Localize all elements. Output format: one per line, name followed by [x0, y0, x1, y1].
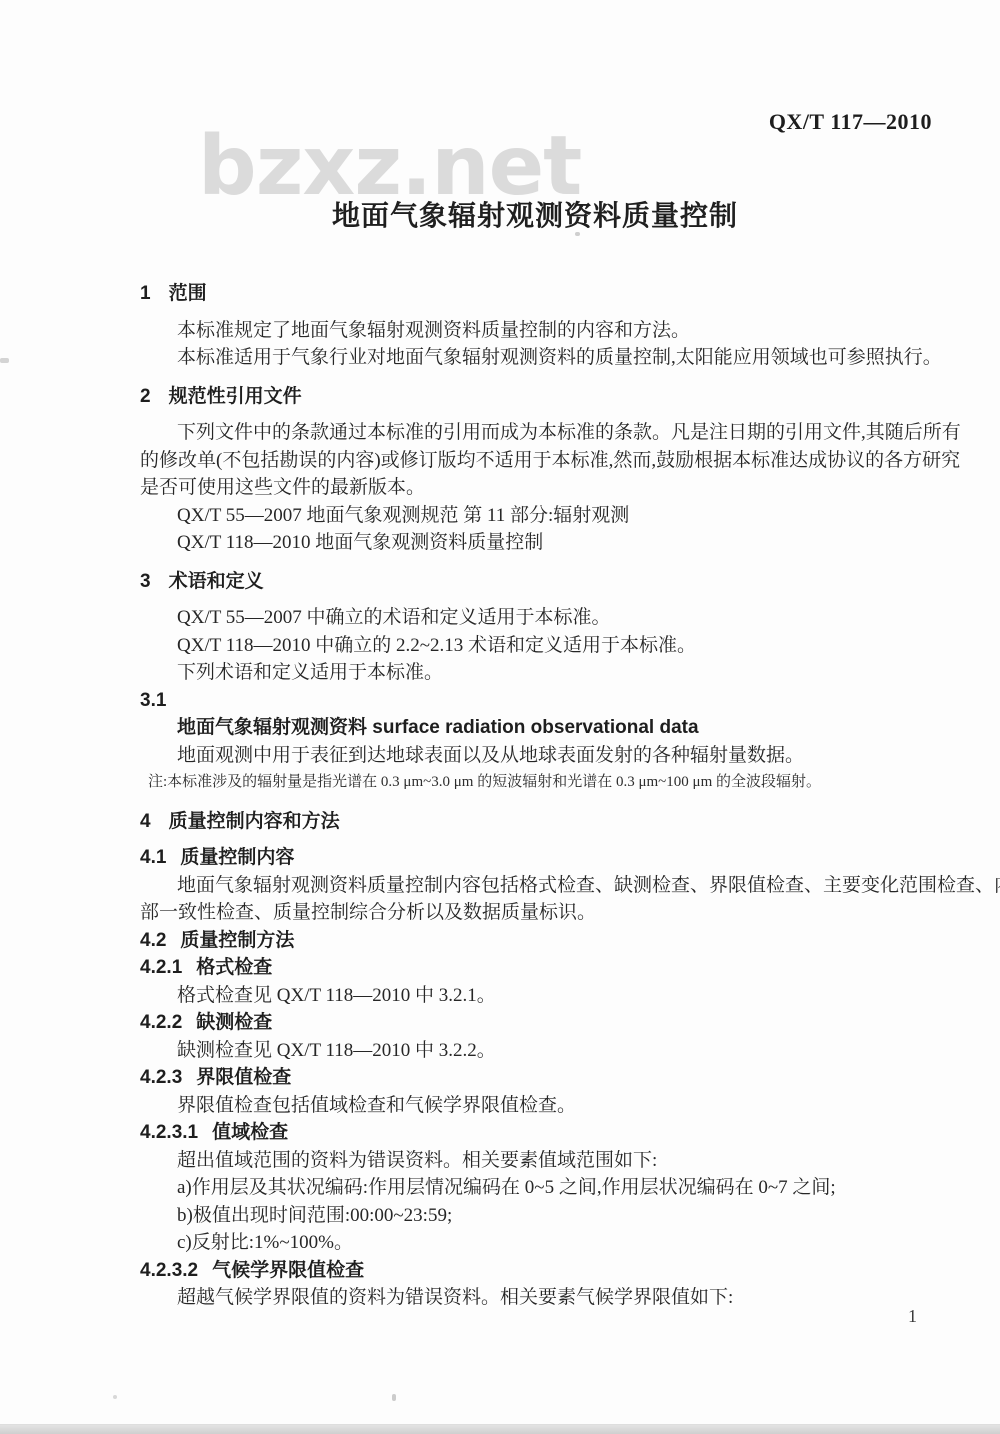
section-3-title: 术语和定义: [169, 571, 264, 592]
scan-artifact: [392, 1394, 396, 1401]
section-1-paragraph-1: 本标准规定了地面气象辐射观测资料质量控制的内容和方法。: [140, 317, 980, 345]
normative-reference-2: QX/T 118—2010 地面气象观测资料质量控制: [140, 529, 980, 557]
section-4-2-1-heading: 4.2.1格式检查: [140, 954, 980, 982]
scan-page-edge: [0, 1424, 1000, 1434]
section-4-number: 4: [140, 811, 151, 832]
page-number: 1: [908, 1306, 917, 1327]
scan-artifact: [0, 358, 9, 363]
section-2-number: 2: [140, 386, 151, 407]
scan-artifact: [113, 1395, 117, 1399]
section-3-paragraph-2: QX/T 118—2010 中确立的 2.2~2.13 术语和定义适用于本标准。: [140, 632, 980, 660]
section-2-title: 规范性引用文件: [169, 386, 302, 407]
section-4-1-paragraph-line-1: 地面气象辐射观测资料质量控制内容包括格式检查、缺测检查、界限值检查、主要变化范围…: [140, 872, 980, 900]
section-4-2-3-1-number: 4.2.3.1: [140, 1122, 198, 1143]
section-1-number: 1: [140, 283, 151, 304]
section-4-2-3-2-number: 4.2.3.2: [140, 1260, 198, 1281]
section-4-2-3-2-paragraph: 超越气候学界限值的资料为错误资料。相关要素气候学界限值如下:: [140, 1284, 980, 1312]
section-1-paragraph-2: 本标准适用于气象行业对地面气象辐射观测资料的质量控制,太阳能应用领域也可参照执行…: [140, 344, 980, 372]
section-2-heading: 2规范性引用文件: [140, 383, 980, 411]
section-4-2-2-paragraph: 缺测检查见 QX/T 118—2010 中 3.2.2。: [140, 1037, 980, 1065]
term-entry-title: 地面气象辐射观测资料 surface radiation observation…: [140, 714, 980, 742]
standard-number: QX/T 117—2010: [769, 109, 932, 135]
section-4-2-3-title: 界限值检查: [196, 1067, 291, 1088]
section-2-paragraph-line-2: 的修改单(不包括勘误的内容)或修订版均不适用于本标准,然而,鼓励根据本标准达成协…: [140, 447, 980, 475]
section-3-paragraph-3: 下列术语和定义适用于本标准。: [140, 659, 980, 687]
term-note: 注:本标准涉及的辐射量是指光谱在 0.3 μm~3.0 μm 的短波辐射和光谱在…: [140, 769, 980, 797]
section-4-2-3-1-paragraph: 超出值域范围的资料为错误资料。相关要素值域范围如下:: [140, 1147, 980, 1175]
section-4-1-paragraph-line-2: 部一致性检查、质量控制综合分析以及数据质量标识。: [140, 899, 980, 927]
list-item-a: a)作用层及其状况编码:作用层情况编码在 0~5 之间,作用层状况编码在 0~7…: [140, 1174, 980, 1202]
section-4-2-2-title: 缺测检查: [196, 1012, 272, 1033]
section-4-2-3-1-heading: 4.2.3.1值域检查: [140, 1119, 980, 1147]
document-title: 地面气象辐射观测资料质量控制: [140, 194, 930, 234]
scanned-document-page: QX/T 117—2010 bzxz.net 地面气象辐射观测资料质量控制 1范…: [0, 0, 1000, 1434]
section-4-1-title: 质量控制内容: [180, 847, 294, 868]
list-item-c: c)反射比:1%~100%。: [140, 1229, 980, 1257]
section-4-heading: 4质量控制内容和方法: [140, 808, 980, 836]
section-4-2-title: 质量控制方法: [180, 930, 294, 951]
section-4-2-2-heading: 4.2.2缺测检查: [140, 1009, 980, 1037]
section-4-title: 质量控制内容和方法: [169, 811, 340, 832]
section-4-2-3-2-title: 气候学界限值检查: [212, 1260, 364, 1281]
term-definition: 地面观测中用于表征到达地球表面以及从地球表面发射的各种辐射量数据。: [140, 742, 980, 770]
section-4-2-number: 4.2: [140, 930, 166, 951]
scan-artifact: [575, 232, 580, 236]
section-4-1-heading: 4.1质量控制内容: [140, 844, 980, 872]
section-4-2-2-number: 4.2.2: [140, 1012, 182, 1033]
section-2-paragraph-line-3: 是否可使用这些文件的最新版本。: [140, 474, 980, 502]
section-4-2-1-paragraph: 格式检查见 QX/T 118—2010 中 3.2.1。: [140, 982, 980, 1010]
section-4-2-3-number: 4.2.3: [140, 1067, 182, 1088]
section-4-2-heading: 4.2质量控制方法: [140, 927, 980, 955]
section-4-1-number: 4.1: [140, 847, 166, 868]
section-4-2-3-1-title: 值域检查: [212, 1122, 288, 1143]
section-4-2-3-2-heading: 4.2.3.2气候学界限值检查: [140, 1257, 980, 1285]
section-4-2-3-paragraph: 界限值检查包括值域检查和气候学界限值检查。: [140, 1092, 980, 1120]
section-3-heading: 3术语和定义: [140, 568, 980, 596]
list-item-b: b)极值出现时间范围:00:00~23:59;: [140, 1202, 980, 1230]
section-1-title: 范围: [169, 283, 207, 304]
section-4-2-1-title: 格式检查: [196, 957, 272, 978]
section-4-2-1-number: 4.2.1: [140, 957, 182, 978]
section-2-paragraph-line-1: 下列文件中的条款通过本标准的引用而成为本标准的条款。凡是注日期的引用文件,其随后…: [140, 419, 980, 447]
document-body: 1范围 本标准规定了地面气象辐射观测资料质量控制的内容和方法。 本标准适用于气象…: [140, 269, 980, 1312]
section-3-number: 3: [140, 571, 151, 592]
section-4-2-3-heading: 4.2.3界限值检查: [140, 1064, 980, 1092]
section-1-heading: 1范围: [140, 280, 980, 308]
section-3-paragraph-1: QX/T 55—2007 中确立的术语和定义适用于本标准。: [140, 604, 980, 632]
term-entry-number: 3.1: [140, 687, 980, 715]
normative-reference-1: QX/T 55—2007 地面气象观测规范 第 11 部分:辐射观测: [140, 502, 980, 530]
